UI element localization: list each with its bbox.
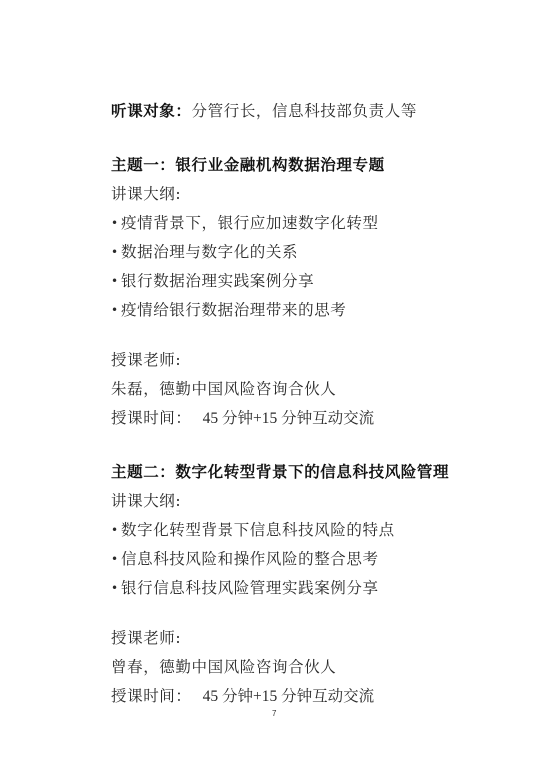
topic-1-teacher: 朱磊，德勤中国风险咨询合伙人 [111, 379, 336, 399]
time-label: 授课时间： [111, 409, 192, 427]
topic-1-title: 主题一：银行业金融机构数据治理专题 [111, 155, 385, 175]
outline-item-text: 银行信息科技风险管理实践案例分享 [121, 579, 379, 597]
outline-item-text: 数据治理与数字化的关系 [121, 243, 298, 261]
topic-1-outline-item: •数据治理与数字化的关系 [111, 242, 298, 262]
bullet-icon: • [111, 242, 121, 262]
bullet-icon: • [111, 300, 121, 320]
outline-item-text: 疫情给银行数据治理带来的思考 [121, 301, 346, 319]
bullet-icon: • [111, 549, 121, 569]
topic-1-outline-label: 讲课大纲: [111, 184, 181, 204]
bullet-icon: • [111, 520, 121, 540]
bullet-icon: • [111, 578, 121, 598]
bullet-icon: • [111, 213, 121, 233]
topic-1-outline-item: •银行数据治理实践案例分享 [111, 271, 314, 291]
outline-item-text: 银行数据治理实践案例分享 [121, 272, 314, 290]
topic-2-time: 授课时间： 45 分钟+15 分钟互动交流 [111, 686, 374, 707]
bullet-icon: • [111, 271, 121, 291]
topic-2-title: 主题二：数字化转型背景下的信息科技风险管理 [111, 462, 449, 482]
time-label: 授课时间： [111, 687, 192, 705]
topic-1-time: 授课时间： 45 分钟+15 分钟互动交流 [111, 408, 374, 429]
topic-1-teacher-label: 授课老师: [111, 350, 181, 370]
outline-item-text: 信息科技风险和操作风险的整合思考 [121, 550, 379, 568]
topic-2-teacher: 曾春，德勤中国风险咨询合伙人 [111, 657, 336, 677]
audience-label: 听课对象： [111, 101, 192, 120]
topic-2-outline-item: •信息科技风险和操作风险的整合思考 [111, 549, 379, 569]
outline-item-text: 疫情背景下，银行应加速数字化转型 [121, 214, 379, 232]
topic-2-outline-item: •银行信息科技风险管理实践案例分享 [111, 578, 379, 598]
topic-2-outline-item: •数字化转型背景下信息科技风险的特点 [111, 520, 395, 540]
audience-line: 听课对象：分管行长，信息科技部负责人等 [111, 101, 417, 121]
topic-2-outline-label: 讲课大纲: [111, 491, 181, 511]
time-value: 45 分钟+15 分钟互动交流 [203, 410, 375, 427]
audience-value: 分管行长，信息科技部负责人等 [192, 102, 417, 120]
topic-2-teacher-label: 授课老师: [111, 628, 181, 648]
outline-item-text: 数字化转型背景下信息科技风险的特点 [121, 521, 395, 539]
time-value: 45 分钟+15 分钟互动交流 [203, 688, 375, 705]
page-number: 7 [272, 709, 276, 718]
topic-1-outline-item: •疫情给银行数据治理带来的思考 [111, 300, 346, 320]
document-page: 听课对象：分管行长，信息科技部负责人等 主题一：银行业金融机构数据治理专题 讲课… [0, 0, 550, 777]
topic-1-outline-item: •疫情背景下，银行应加速数字化转型 [111, 213, 379, 233]
